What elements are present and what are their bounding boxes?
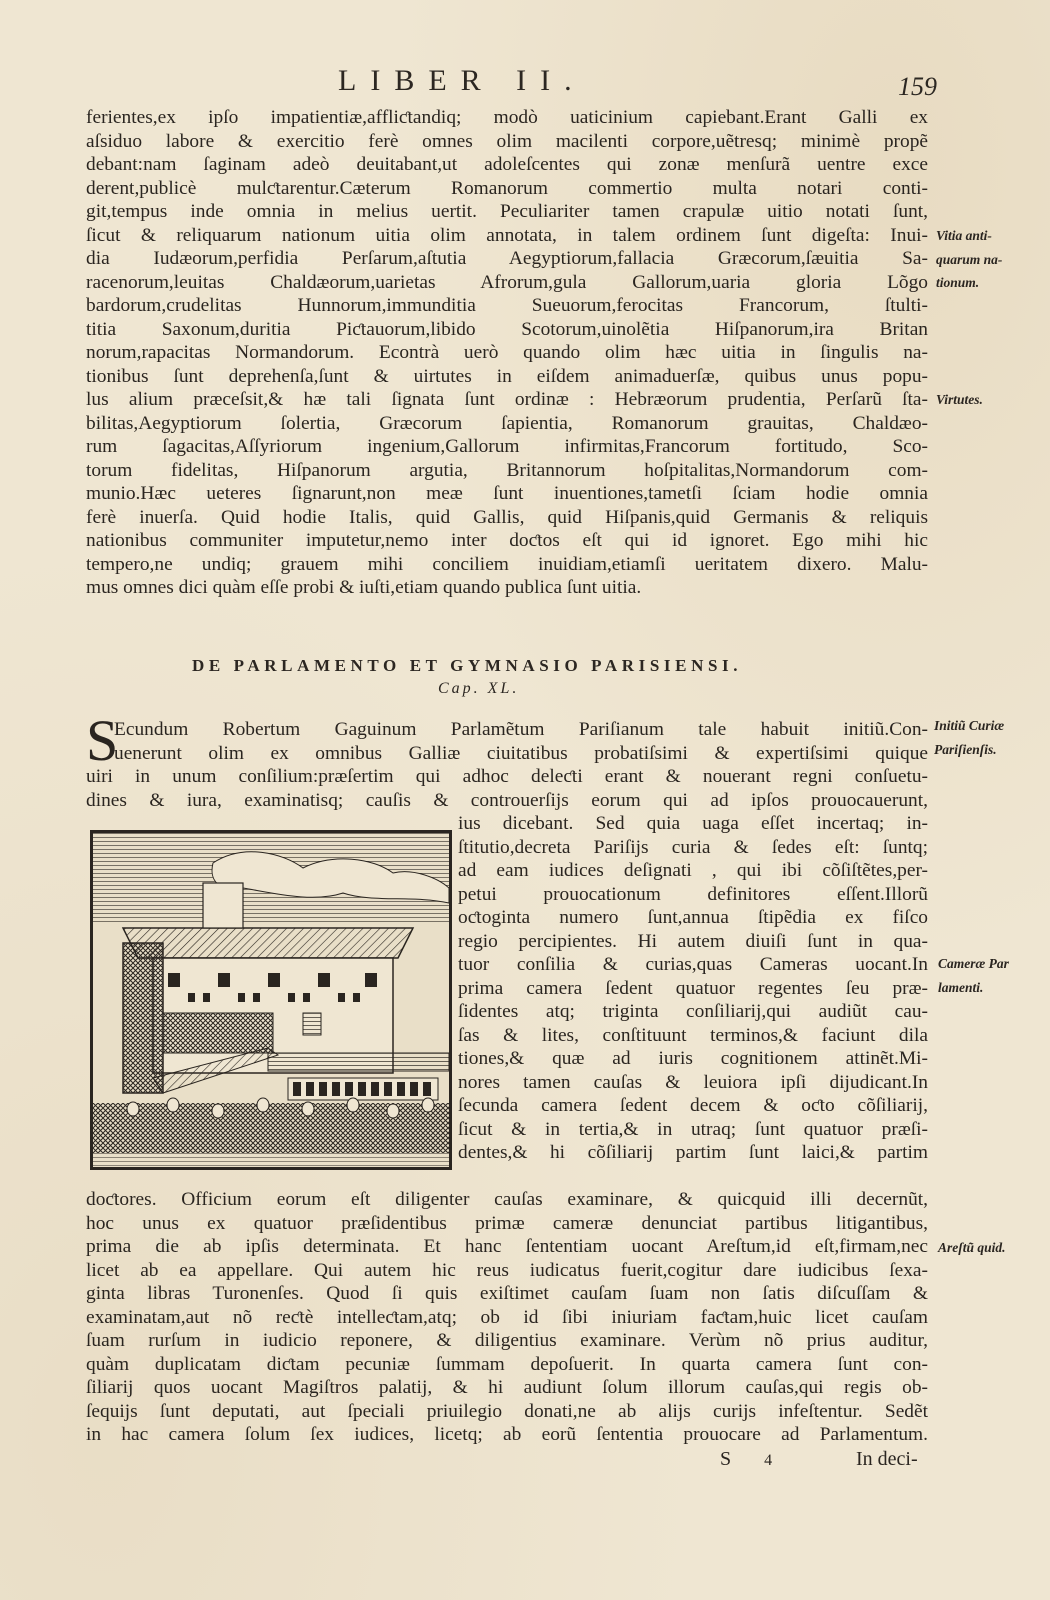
woodcut-illustration (90, 830, 452, 1170)
margin-note-camerae: Cameræ Par lamenti. (938, 952, 1009, 999)
text-line: ginta libras Turonenſes. Quod ſi quis ex… (86, 1282, 928, 1306)
text-line: in hac camera ſolum ſex iudices, licetq;… (86, 1423, 928, 1447)
text-line: torum fidelitas, Hiſpanorum argutia, Bri… (86, 459, 928, 483)
text-line: rum ſagacitas,Aſſyriorum ingenium,Gallor… (86, 435, 928, 459)
text-line: munio.Hæc ueteres ſignarunt,non meæ ſunt… (86, 482, 928, 506)
text-line: prima die ab ipſis determinata. Et hanc … (86, 1235, 928, 1259)
text-line: uiri in unum conſilium:præſertim qui adh… (86, 765, 928, 789)
text-line: ad eam iudices deſignati , qui ibi cõſiſ… (458, 859, 928, 883)
text-line: licet ab ea appellare. Qui autem hic reu… (86, 1259, 928, 1283)
text-beside-woodcut: ius dicebant. Sed quia uaga eſſet incert… (458, 812, 928, 1165)
chapter-title: DE PARLAMENTO ET GYMNASIO PARISIENSI. (192, 656, 742, 676)
text-line: bilitas,Aegyptiorum ſolertia, Græcorum ſ… (86, 412, 928, 436)
palace-woodcut-icon (93, 833, 449, 1167)
text-line: bardorum,crudelitas Hunnorum,immunditia … (86, 294, 928, 318)
margin-note-line: Vitia anti- (936, 224, 1002, 248)
running-head: LIBER II. 159 (0, 62, 1050, 102)
text-line: mus omnes dici quàm eſſe probi & iuſti,e… (86, 576, 928, 600)
text-line: nationibus communiter imputetur,nemo int… (86, 529, 928, 553)
text-below-woodcut: doƈtores. Officium eorum eſt diligenter … (86, 1188, 928, 1447)
text-line: ſidentes atq; triginta conſiliarij,qui a… (458, 1000, 928, 1024)
catchword: In deci- (856, 1448, 918, 1471)
margin-note-line: tionum. (936, 271, 1002, 295)
text-line: ſequijs ſunt deputati, aut ſpeciali priu… (86, 1400, 928, 1424)
text-line: norum,rapacitas Normandorum. Econtrà uer… (86, 341, 928, 365)
chapter-number: Cap. XL. (438, 680, 519, 698)
text-line: tempero,ne undiq; grauem mihi conciliem … (86, 553, 928, 577)
text-line: aſsiduo labore & exercitio ferè omnes ol… (86, 130, 928, 154)
text-line: tiones,& quæ ad iuris cognitionem attinẽ… (458, 1047, 928, 1071)
margin-note-vitia: Vitia anti- quarum na- tionum. (936, 224, 1002, 295)
text-line: dines & iura, examinatisq; cauſis & cont… (86, 789, 928, 813)
text-line: lus alium præceſsit,& hæ tali ſignata ſu… (86, 388, 928, 412)
text-line: git,tempus inde omnia in melius uertit. … (86, 200, 928, 224)
text-line: ſicut & reliquarum nationum uitia olim a… (86, 224, 928, 248)
text-line: ius dicebant. Sed quia uaga eſſet incert… (458, 812, 928, 836)
page-number: 159 (898, 72, 937, 102)
margin-note-line: Virtutes. (936, 388, 983, 412)
text-line: petui prouocationum definitores eſſent.I… (458, 883, 928, 907)
text-line: doƈtores. Officium eorum eſt diligenter … (86, 1188, 928, 1212)
text-line: oƈtoginta numero ſunt,annua ſtipẽdia ex … (458, 906, 928, 930)
text-line: ſecunda camera ſedent decem & oƈto cõſil… (458, 1094, 928, 1118)
text-line: titia Saxonum,duritia Piƈtauorum,libido … (86, 318, 928, 342)
margin-note-initium: Initiũ Curiæ Pariſienſis. (934, 714, 1004, 761)
text-line: Ecundum Robertum Gaguinum Parlamẽtum Par… (86, 718, 928, 742)
margin-note-line: Pariſienſis. (934, 738, 1004, 762)
text-line: ſicut & in tertia,& in utraq; ſunt quatu… (458, 1118, 928, 1142)
text-line: ferientes,ex ipſo impatientiæ,affliƈtand… (86, 106, 928, 130)
text-line: racenorum,leuitas Chaldæorum,uarietas Af… (86, 271, 928, 295)
text-line: derent,publicè mulƈtarentur.Cæterum Roma… (86, 177, 928, 201)
text-line: ferè inuerſa. Quid hodie Italis, quid Ga… (86, 506, 928, 530)
signature-number: 4 (764, 1452, 772, 1469)
text-line: debant:nam ſaginam adeò deuitabant,ut ad… (86, 153, 928, 177)
margin-note-arestum: Areſtũ quid. (938, 1236, 1006, 1260)
margin-note-line: Initiũ Curiæ (934, 714, 1004, 738)
text-line: uenerunt olim ex omnibus Galliæ ciuitati… (86, 742, 928, 766)
margin-note-line: quarum na- (936, 248, 1002, 272)
text-line: examinatam,aut nõ reƈtè intelleƈtam,atq;… (86, 1306, 928, 1330)
paragraph-vices-and-virtues: ferientes,ex ipſo impatientiæ,affliƈtand… (86, 106, 928, 600)
margin-note-line: Cameræ Par (938, 952, 1009, 976)
text-line: tuor conſilia & curias,quas Cameras uoca… (458, 953, 928, 977)
text-line: regio percipientes. Hi autem diuiſi ſunt… (458, 930, 928, 954)
text-line: prima camera ſedent quatuor regentes ſeu… (458, 977, 928, 1001)
text-line: tionibus ſunt deprehenſa,ſunt & uirtutes… (86, 365, 928, 389)
text-line: nores tamen cauſas & leuiora ipſi dijudi… (458, 1071, 928, 1095)
margin-note-line: Areſtũ quid. (938, 1236, 1006, 1260)
text-line: quàm duplicatam diƈtam pecuniæ ſummam de… (86, 1353, 928, 1377)
margin-note-virtutes: Virtutes. (936, 388, 983, 412)
book-page: LIBER II. 159 ferientes,ex ipſo impatien… (0, 0, 1050, 1600)
running-title: LIBER II. (338, 64, 586, 98)
text-line: ſtitutio,decreta Pariſijs curia & ſedes … (458, 836, 928, 860)
text-line: ſas & lites, conſtituunt terminos,& faci… (458, 1024, 928, 1048)
paragraph-parlement: Ecundum Robertum Gaguinum Parlamẽtum Par… (86, 718, 928, 812)
signature-mark: S 4 (720, 1448, 800, 1471)
text-line: ſuam rurſum in iudicio reponere, & dilig… (86, 1329, 928, 1353)
text-line: ſiliarij quos uocant Magiſtros palatij, … (86, 1376, 928, 1400)
margin-note-line: lamenti. (938, 976, 1009, 1000)
text-line: dia Iudæorum,perfidia Perſarum,aſtutia A… (86, 247, 928, 271)
text-line: dentes,& hi cõſiliarij partim ſunt laici… (458, 1141, 928, 1165)
text-line: hoc unus ex quatuor præſidentibus primæ … (86, 1212, 928, 1236)
signature-letter: S (720, 1448, 731, 1470)
